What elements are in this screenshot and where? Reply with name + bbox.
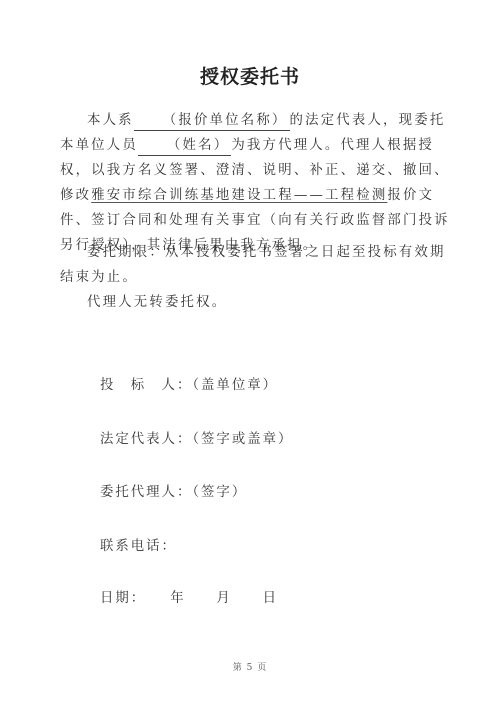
signature-agent: 委托代理人：（签字） xyxy=(100,481,247,500)
page-number: 第 5 页 xyxy=(0,660,500,673)
signature-date: 日期： 年 月 日 xyxy=(100,587,278,606)
paragraph-authorization: 本人系（报价单位名称）的法定代表人，现委托本单位人员（姓名）为我方代理人。代理人… xyxy=(60,108,452,258)
project-name: 雅安市综合训练基地建设工程——工程检测 xyxy=(91,188,387,203)
signature-bidder: 投 标 人：（盖单位章） xyxy=(100,374,278,393)
blank-agent-name: （姓名） xyxy=(138,137,231,156)
paragraph-no-subdelegation: 代理人无转委托权。 xyxy=(60,290,452,315)
document-title: 授权委托书 xyxy=(0,62,500,89)
blank-company-name: （报价单位名称） xyxy=(134,112,290,131)
para1-prefix: 本人系 xyxy=(87,113,134,128)
signature-legal-rep: 法定代表人：（签字或盖章） xyxy=(100,428,293,447)
paragraph-term: 委托期限：从本授权委托书签署之日起至投标有效期结束为止。 xyxy=(60,240,452,290)
contact-phone: 联系电话： xyxy=(100,535,177,554)
